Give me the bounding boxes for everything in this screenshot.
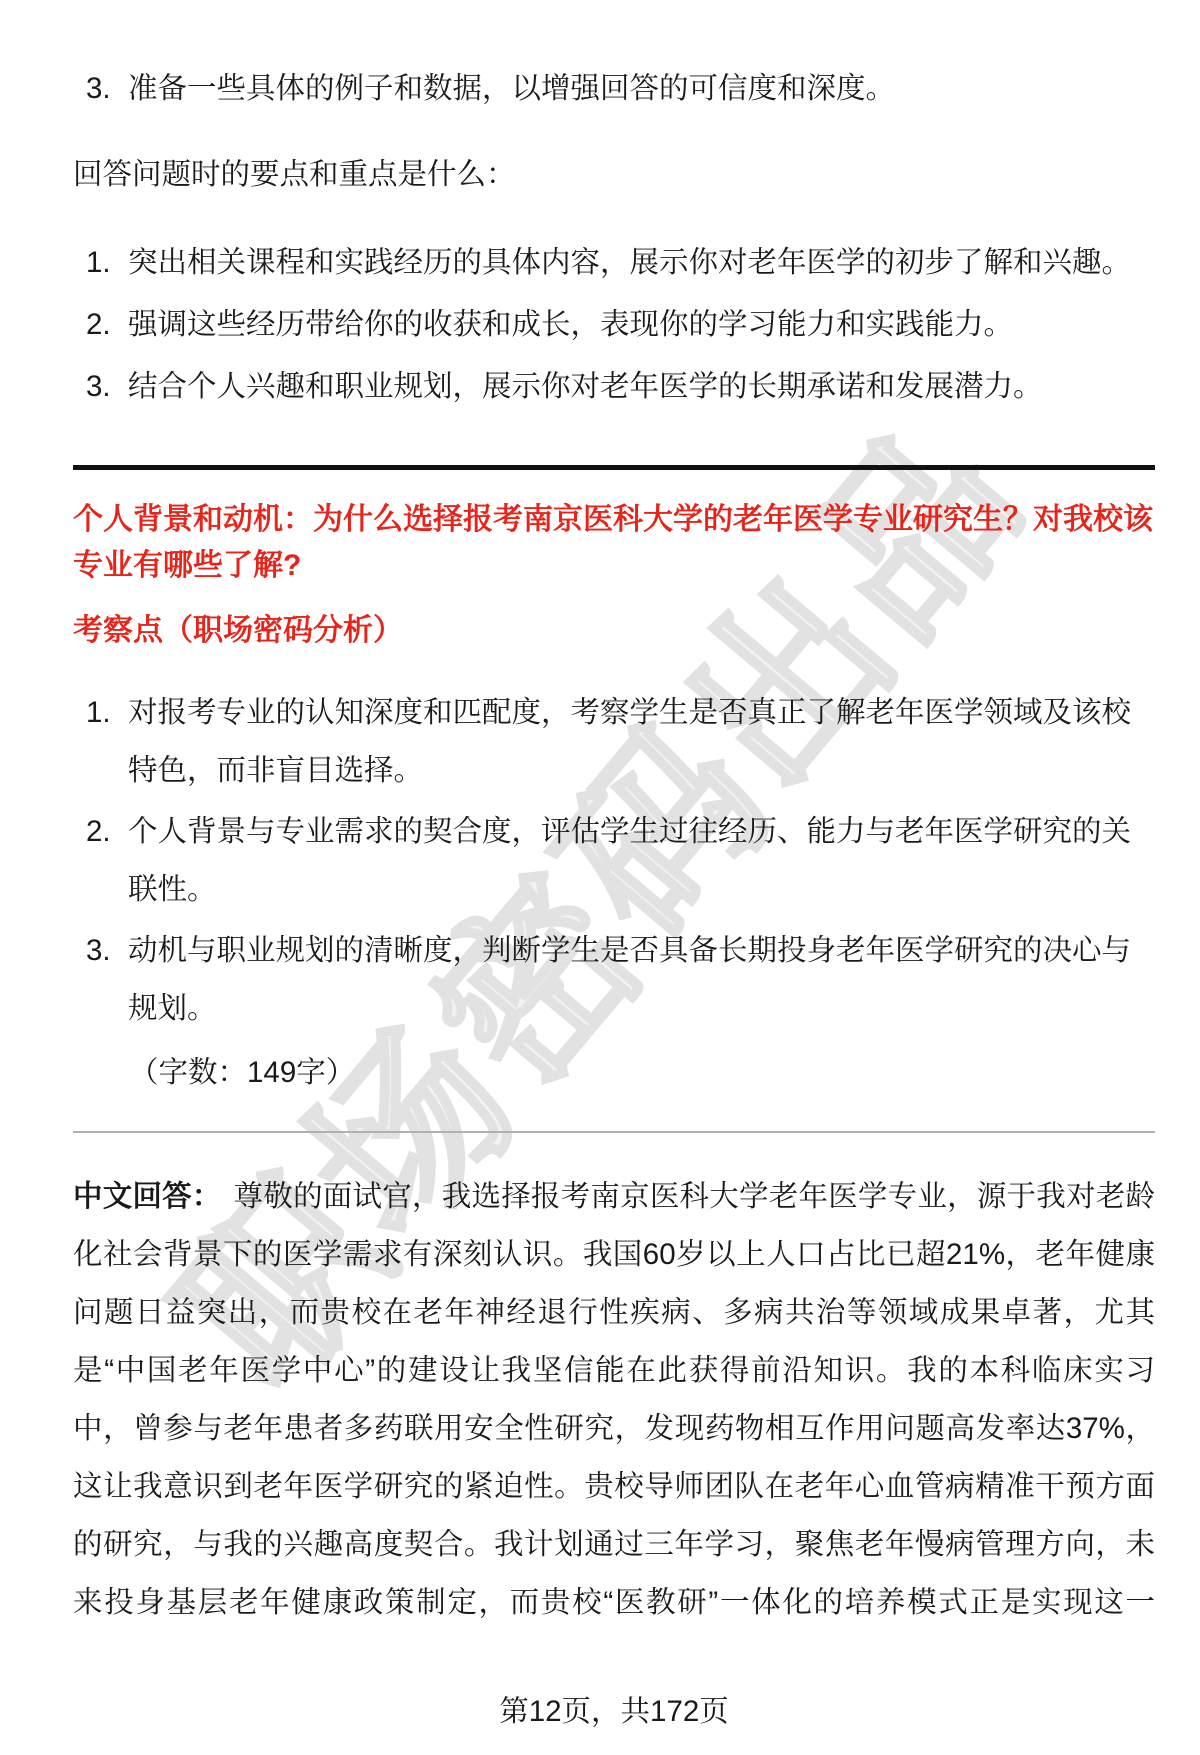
page-number-footer: 第12页，共172页 bbox=[73, 1683, 1155, 1741]
answer-line: 中，曾参与老年患者多药联用安全性研究，发现药物相互作用问题高发率达37%， bbox=[73, 1400, 1155, 1458]
list-item-number: 2. bbox=[73, 803, 128, 919]
answer-line: 中文回答：尊敬的面试官，我选择报考南京医科大学老年医学专业，源于我对老龄 bbox=[73, 1168, 1155, 1226]
chinese-answer-paragraph: 中文回答：尊敬的面试官，我选择报考南京医科大学老年医学专业，源于我对老龄 化社会… bbox=[73, 1168, 1155, 1632]
list-item-number: 3. bbox=[73, 60, 128, 118]
list-item-number: 1. bbox=[73, 684, 128, 800]
list-item: 3. 结合个人兴趣和职业规划，展示你对老年医学的长期承诺和发展潜力。 bbox=[73, 358, 1155, 416]
document-page: 职场密码出品 3. 准备一些具体的例子和数据，以增强回答的可信度和深度。 回答问… bbox=[0, 0, 1200, 1755]
section-intro: 回答问题时的要点和重点是什么： bbox=[73, 146, 1155, 204]
list-item-number: 3. bbox=[73, 358, 128, 416]
list-item-text: 个人背景与专业需求的契合度，评估学生过往经历、能力与老年医学研究的关联性。 bbox=[128, 803, 1155, 919]
word-count-note: （字数：149字） bbox=[73, 1044, 1155, 1102]
analysis-points-list: 1. 对报考专业的认知深度和匹配度，考察学生是否真正了解老年医学领域及该校特色，… bbox=[73, 684, 1155, 1041]
list-item-text: 对报考专业的认知深度和匹配度，考察学生是否真正了解老年医学领域及该校特色，而非盲… bbox=[128, 684, 1155, 800]
list-item: 3. 准备一些具体的例子和数据，以增强回答的可信度和深度。 bbox=[73, 60, 1155, 118]
list-item-text: 强调这些经历带给你的收获和成长，表现你的学习能力和实践能力。 bbox=[128, 296, 1155, 354]
answer-line: 这让我意识到老年医学研究的紧迫性。贵校导师团队在老年心血管病精准干预方面 bbox=[73, 1458, 1155, 1516]
list-item-text: 动机与职业规划的清晰度，判断学生是否具备长期投身老年医学研究的决心与规划。 bbox=[128, 922, 1155, 1038]
section-divider-thin bbox=[73, 1131, 1155, 1133]
list-item: 2. 强调这些经历带给你的收获和成长，表现你的学习能力和实践能力。 bbox=[73, 296, 1155, 354]
list-item-number: 3. bbox=[73, 922, 128, 1038]
answer-line: 来投身基层老年健康政策制定，而贵校“医教研”一体化的培养模式正是实现这一 bbox=[73, 1574, 1155, 1632]
answer-line: 的研究，与我的兴趣高度契合。我计划通过三年学习，聚焦老年慢病管理方向，未 bbox=[73, 1516, 1155, 1574]
exam-points-heading: 考察点（职场密码分析） bbox=[73, 608, 1155, 654]
list-item-number: 2. bbox=[73, 296, 128, 354]
list-item: 3. 动机与职业规划的清晰度，判断学生是否具备长期投身老年医学研究的决心与规划。 bbox=[73, 922, 1155, 1038]
previous-list-tail: 3. 准备一些具体的例子和数据，以增强回答的可信度和深度。 bbox=[73, 60, 1155, 118]
list-item-text: 突出相关课程和实践经历的具体内容，展示你对老年医学的初步了解和兴趣。 bbox=[128, 234, 1155, 292]
question-title: 个人背景和动机：为什么选择报考南京医科大学的老年医学专业研究生？对我校该专业有哪… bbox=[73, 497, 1155, 589]
word-count-text: （字数：149字） bbox=[129, 1044, 1155, 1102]
answer-line: 是“中国老年医学中心”的建设让我坚信能在此获得前沿知识。我的本科临床实习 bbox=[73, 1342, 1155, 1400]
list-item: 1. 对报考专业的认知深度和匹配度，考察学生是否真正了解老年医学领域及该校特色，… bbox=[73, 684, 1155, 800]
list-item-number: 1. bbox=[73, 234, 128, 292]
section-divider-thick bbox=[73, 465, 1155, 470]
list-item-text: 准备一些具体的例子和数据，以增强回答的可信度和深度。 bbox=[128, 60, 1155, 118]
answer-line-text: 尊敬的面试官，我选择报考南京医科大学老年医学专业，源于我对老龄 bbox=[234, 1180, 1155, 1213]
answer-label: 中文回答： bbox=[73, 1180, 234, 1213]
list-item-text: 结合个人兴趣和职业规划，展示你对老年医学的长期承诺和发展潜力。 bbox=[128, 358, 1155, 416]
section-intro-text: 回答问题时的要点和重点是什么： bbox=[73, 146, 1155, 204]
key-points-list: 1. 突出相关课程和实践经历的具体内容，展示你对老年医学的初步了解和兴趣。 2.… bbox=[73, 234, 1155, 420]
answer-line: 问题日益突出，而贵校在老年神经退行性疾病、多病共治等领域成果卓著，尤其 bbox=[73, 1284, 1155, 1342]
answer-line: 化社会背景下的医学需求有深刻认识。我国60岁以上人口占比已超21%，老年健康 bbox=[73, 1226, 1155, 1284]
list-item: 2. 个人背景与专业需求的契合度，评估学生过往经历、能力与老年医学研究的关联性。 bbox=[73, 803, 1155, 919]
list-item: 1. 突出相关课程和实践经历的具体内容，展示你对老年医学的初步了解和兴趣。 bbox=[73, 234, 1155, 292]
